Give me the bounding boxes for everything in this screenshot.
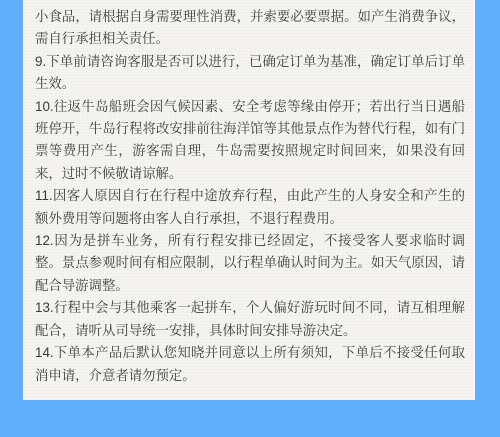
notice-paragraph-14: 14.下单本产品后默认您知晓并同意以上所有须知，下单后不接受任何取消申请，介意者…: [35, 342, 465, 387]
notice-paragraph-11: 11.因客人原因自行在行程中途放弃行程，由此产生的人身安全和产生的额外费用等问题…: [35, 185, 465, 230]
notice-paragraph-9: 9.下单前请咨询客服是否可以进行，已确定订单为基准，确定订单后订单生效。: [35, 51, 465, 96]
notice-paragraph-13: 13.行程中会与其他乘客一起拼车，个人偏好游玩时间不同，请互相理解配合，请听从司…: [35, 297, 465, 342]
page-background: 小食品，请根据自身需要理性消费，并索要必要票据。如产生消费争议，需自行承担相关责…: [0, 0, 500, 437]
notice-paragraph-12: 12.因为是拼车业务，所有行程安排已经固定，不接受客人要求临时调整。景点参观时间…: [35, 230, 465, 297]
notice-paragraph-10: 10.往返牛岛船班会因气候因素、安全考虑等缘由停开；若出行当日遇船班停开，牛岛行…: [35, 96, 465, 186]
notice-card: 小食品，请根据自身需要理性消费，并索要必要票据。如产生消费争议，需自行承担相关责…: [23, 0, 475, 400]
notice-paragraph-continued: 小食品，请根据自身需要理性消费，并索要必要票据。如产生消费争议，需自行承担相关责…: [35, 6, 465, 51]
